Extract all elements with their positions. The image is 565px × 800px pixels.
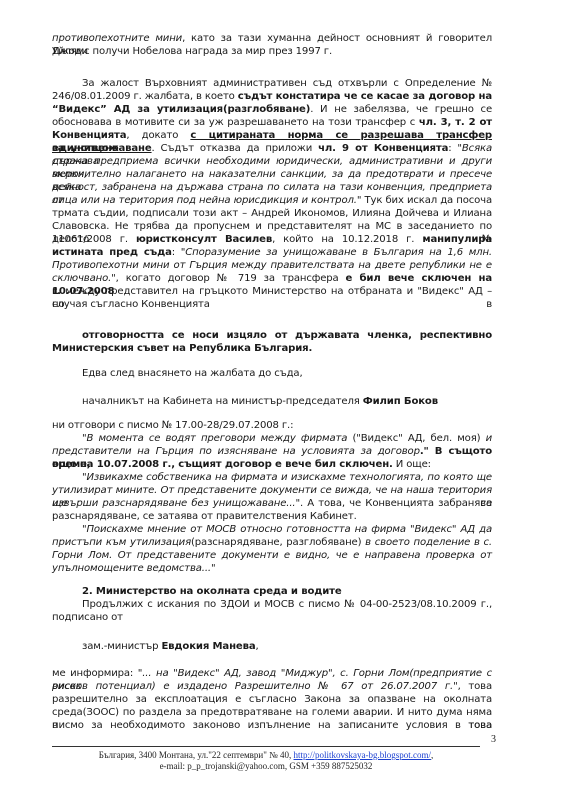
text-segment: подписано от xyxy=(52,612,123,623)
text-line: извърши разснарядяване без унищожаване..… xyxy=(52,497,492,510)
footer-blog-link[interactable]: http://politkovskaya-bg.blogspot.com/ xyxy=(294,750,432,760)
text-segment: Евдокия Манева xyxy=(161,641,255,652)
footer-divider xyxy=(52,746,480,747)
text-line: Уйлямс получи Нобелова награда за мир пр… xyxy=(52,45,492,58)
text-line: 246/08.01.2009 г. жалбата, в което съдът… xyxy=(52,90,492,103)
text-segment: още на 10.07.2008 г., същият договор е в… xyxy=(52,459,393,470)
text-line: Противопехотни мини от Гърция между прав… xyxy=(52,259,492,272)
text-line: пристъпи към утилизация(разснарядяване, … xyxy=(52,536,492,549)
text-segment: И още: xyxy=(393,459,431,470)
text-line: ни отговори с писмо № 17.00-28/29.07.200… xyxy=(52,419,492,432)
text-segment: . Съдът отказва да приложи xyxy=(152,143,319,154)
text-line: рисков потенциал) е издадено Разрешителн… xyxy=(52,680,492,693)
text-line: разснарядяване, се затаява от правителст… xyxy=(52,510,492,523)
text-segment: 2. Министерство на околната среда и води… xyxy=(82,586,342,597)
text-line: разрешително за експлоатация е съгласно … xyxy=(52,693,492,706)
text-segment: "Извикахме собственика на фирмата и изис… xyxy=(82,472,492,483)
text-segment: пристъпи към утилизация xyxy=(52,537,191,548)
text-segment: ни отговори с писмо № 17.00-28/29.07.200… xyxy=(52,420,293,431)
text-segment: разрешително за експлоатация е съгласно … xyxy=(52,694,492,705)
text-segment: случая съгласно Конвенцията xyxy=(52,299,210,310)
text-line: За жалост Върховният административен съд… xyxy=(82,77,492,90)
text-segment: зам.-министър xyxy=(82,641,161,652)
text-line: 2. Министерство на околната среда и води… xyxy=(82,585,492,598)
text-segment: . А това, че Конвенцията забранява xyxy=(300,498,492,509)
text-line: истината пред съда: "Споразумение за уни… xyxy=(52,246,492,259)
text-line: “Видекс” АД за утилизация(разглобяване).… xyxy=(52,103,492,116)
text-segment: съдът констатира че се касае за договор … xyxy=(238,91,492,102)
text-line: 11061/2008 г. юристконсулт Василев, койт… xyxy=(52,233,492,246)
text-line: още на 10.07.2008 г., същият договор е в… xyxy=(52,458,492,471)
footer-contact: e-mail: p_p_trojanski@yahoo.com, GSM +35… xyxy=(52,761,480,772)
text-segment: : " xyxy=(172,247,185,258)
footer-address: България, 3400 Монтана, ул."22 септември… xyxy=(52,750,480,761)
text-segment: "Поискахме мнение от МОСВ относно готовн… xyxy=(82,524,492,535)
text-segment: писмо за необходимото законово изпълнени… xyxy=(52,720,492,731)
document-page: противопехотните мини, като за тази хума… xyxy=(0,0,565,800)
text-segment: “Видекс” АД за утилизация(разглобяване) xyxy=(52,104,310,115)
footer-address-text: България, 3400 Монтана, ул."22 септември… xyxy=(99,750,294,760)
page-number: 3 xyxy=(491,734,496,745)
text-segment: Продължих с искания по ЗДОИ и МОСВ с пис… xyxy=(82,599,492,610)
text-segment: г. xyxy=(52,286,61,297)
text-segment: и xyxy=(480,433,492,444)
text-line: Продължих с искания по ЗДОИ и МОСВ с пис… xyxy=(82,598,492,611)
text-segment: представители на Гърция по изясняване на… xyxy=(52,446,420,457)
text-line: подписано от xyxy=(52,611,492,624)
text-segment: Уйлямс получи Нобелова награда за мир пр… xyxy=(52,46,332,57)
footer-link-suffix: , xyxy=(431,750,433,760)
text-segment: "В момента се водят преговори между фирм… xyxy=(82,433,352,444)
text-segment: Горни Лом. От представените документи е … xyxy=(52,550,492,561)
text-segment: чл. 3, т. 2 от xyxy=(419,117,492,128)
text-segment: : " xyxy=(448,143,462,154)
text-segment: обосновава в мотивите си за уж разрешава… xyxy=(52,117,419,128)
text-line: трмата съдии, подписали този акт – Андре… xyxy=(52,207,492,220)
text-segment: Министерския съвет на Република България… xyxy=(52,343,312,354)
text-line: "Поискахме мнение от МОСВ относно готовн… xyxy=(82,523,492,536)
text-segment: извърши разснарядяване без унищожаване..… xyxy=(52,498,300,509)
text-segment: противопехотните мини xyxy=(52,33,182,44)
text-line: Министерския съвет на Република България… xyxy=(52,342,492,355)
text-segment: разснарядяване, се затаява от правителст… xyxy=(52,511,357,522)
text-segment: Филип Боков xyxy=(363,396,438,407)
text-segment: чл. 9 от Конвенцията xyxy=(318,143,448,154)
text-line: "Извикахме собственика на фирмата и изис… xyxy=(82,471,492,484)
text-segment: трмата съдии, подписали този акт – Андре… xyxy=(52,208,492,219)
text-line: отговорността се носи изцяло от държават… xyxy=(82,329,492,342)
text-segment: За жалост Върховният административен съд… xyxy=(82,78,492,89)
text-line: "В момента се водят преговори между фирм… xyxy=(82,432,492,445)
text-segment: за унищожаване xyxy=(52,143,152,154)
text-segment: , xyxy=(256,641,259,652)
text-segment: . И не забелязва, че грешно се xyxy=(310,104,492,115)
text-segment: ме информира: " xyxy=(52,668,142,679)
text-segment: в своето поделение в с. xyxy=(361,537,492,548)
text-line: Едва след внасянето на жалбата до съда, xyxy=(82,367,492,380)
text-line: упълномощените ведомства..." xyxy=(52,562,492,575)
text-line: писмо за необходимото законово изпълнени… xyxy=(52,719,492,732)
text-segment: рисков потенциал) е издадено Разрешителн… xyxy=(52,681,458,692)
text-segment: ("Видекс" АД, бел. моя) xyxy=(352,433,480,444)
text-segment: 11061/2008 г. xyxy=(52,234,136,245)
text-segment: Противопехотни мини от Гърция между прав… xyxy=(52,260,492,271)
text-segment: упълномощените ведомства..." xyxy=(52,563,215,574)
text-segment: лица или на територия под нейна юрисдикц… xyxy=(52,195,361,206)
text-line: началникът на Кабинета на министър-предс… xyxy=(82,395,492,408)
text-line: лица или на територия под нейна юрисдикц… xyxy=(52,194,492,207)
text-segment: , това xyxy=(458,681,492,692)
text-line: Горни Лом. От представените документи е … xyxy=(52,549,492,562)
text-segment: , който на 10.12.2018 г. xyxy=(272,234,422,245)
text-segment: Конвенцията xyxy=(52,130,126,141)
text-segment: Тук бих искал да посоча xyxy=(361,195,492,206)
text-segment: отговорността се носи изцяло от държават… xyxy=(82,330,492,341)
text-line: случая съгласно Конвенцията xyxy=(52,298,492,311)
text-segment: манипулира xyxy=(422,234,492,245)
text-segment: началникът на Кабинета на министър-предс… xyxy=(82,396,363,407)
text-segment: 246/08.01.2009 г. жалбата, в което xyxy=(52,91,238,102)
text-segment: юристконсулт Василев xyxy=(136,234,272,245)
text-segment: Едва след внасянето на жалбата до съда, xyxy=(82,368,303,379)
text-segment: истината пред съда xyxy=(52,247,172,258)
text-segment: сключвано." xyxy=(52,273,116,284)
text-segment: , докато xyxy=(126,130,190,141)
text-segment: (разснарядяване, разглобяване) xyxy=(191,537,361,548)
text-line: обосновава в мотивите си за уж разрешава… xyxy=(52,116,492,129)
text-segment: Споразумение за унищожаване в България н… xyxy=(185,247,492,258)
text-segment: , когато договор № 719 за трансфера xyxy=(116,273,346,284)
text-line: зам.-министър Евдокия Манева, xyxy=(82,640,492,653)
